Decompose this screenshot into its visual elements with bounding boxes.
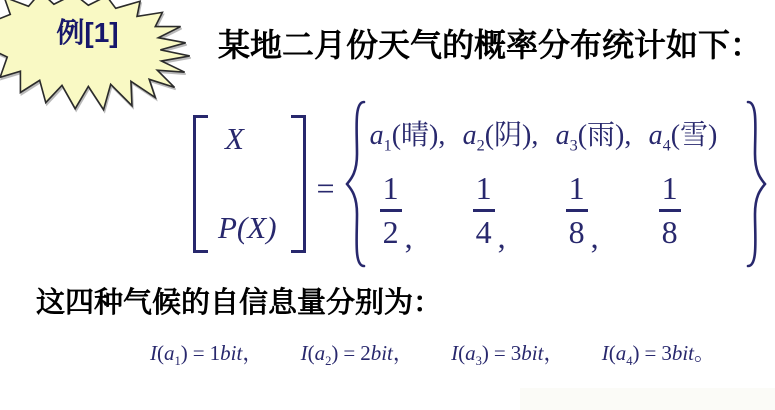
matrix-bracket-right	[291, 115, 306, 253]
sample-space-matrix: X P(X)	[193, 115, 306, 253]
slide: 例[1] 某地二月份天气的概率分布统计如下： X P(X) = a1(晴), a…	[0, 0, 775, 410]
equals-sign: =	[317, 170, 335, 207]
fraction-bar	[380, 209, 402, 212]
probability-fraction: 18	[659, 170, 684, 251]
event-term: a2(阴),	[463, 117, 556, 158]
probability-fraction: 18,	[566, 170, 599, 251]
matrix-entries: X P(X)	[208, 115, 291, 253]
fraction-bar	[659, 209, 681, 212]
self-info-formula: I(a3)=3bit，	[451, 337, 564, 369]
scan-artifact-strip	[520, 388, 775, 410]
fraction-bar	[566, 209, 588, 212]
self-info-formula: I(a1)=1bit，	[150, 337, 263, 369]
probability-cell: 14,	[463, 170, 556, 251]
event-term: a3(雨),	[556, 117, 649, 158]
event-term: a4(雪)	[649, 117, 742, 158]
self-info-formula: I(a2)=2bit，	[301, 337, 414, 369]
example-badge-label: 例[1]	[20, 13, 155, 53]
probability-space-formula: X P(X) = a1(晴), a2(阴), a3(雨), a4(雪) 12, …	[193, 98, 768, 270]
self-info-formula: I(a4)=3bit。	[602, 337, 715, 369]
right-curly-brace	[744, 98, 768, 270]
matrix-variable: X	[225, 123, 244, 154]
example-badge: 例[1]	[0, 0, 208, 124]
matrix-probability-function: P(X)	[218, 212, 277, 243]
matrix-bracket-left	[193, 115, 208, 253]
left-curly-brace	[344, 98, 368, 270]
distribution-grid: a1(晴), a2(阴), a3(雨), a4(雪) 12, 14, 18, 1…	[370, 117, 742, 251]
probability-fraction: 14,	[473, 170, 506, 251]
probability-fraction: 12,	[380, 170, 413, 251]
probability-cell: 18,	[556, 170, 649, 251]
subheading: 这四种气候的自信息量分别为：	[36, 280, 442, 321]
probability-cell: 12,	[370, 170, 463, 251]
probability-cell: 18	[649, 170, 742, 251]
fraction-bar	[473, 209, 495, 212]
heading: 某地二月份天气的概率分布统计如下：	[218, 20, 762, 66]
self-information-results: I(a1)=1bit， I(a2)=2bit， I(a3)=3bit， I(a4…	[150, 337, 715, 369]
event-term: a1(晴),	[370, 117, 463, 158]
